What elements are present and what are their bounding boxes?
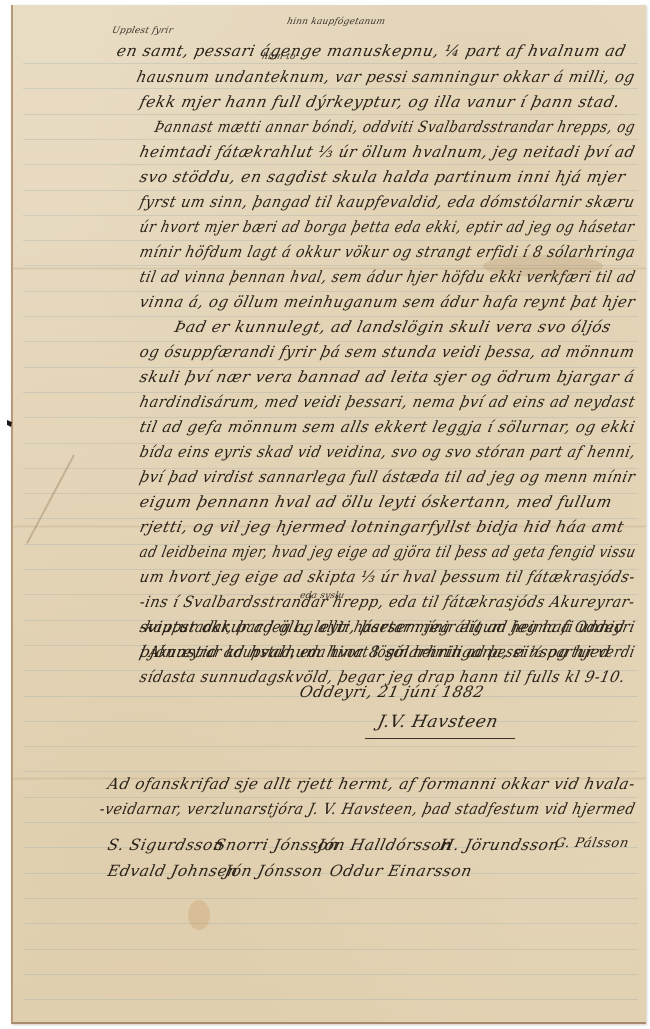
body-line: bída eins eyris skad vid veidina, svo og…	[138, 443, 637, 461]
body-line: Þannast mætti annar bóndi, oddviti Svalb…	[153, 118, 637, 136]
body-line: því þad virdist sannarlega full ástæda t…	[138, 468, 637, 486]
witness-signature: Edvald Johnsen	[106, 862, 240, 880]
ruled-line	[23, 898, 638, 899]
ruled-line	[23, 316, 638, 317]
witness-signature: Jón Jónsson	[223, 862, 325, 880]
body-line: mínir höfdum lagt á okkur vökur og stran…	[138, 243, 637, 261]
body-line: sviptur okkur ad öllu leyti, þarsem jeg …	[138, 618, 627, 636]
body-line: -ins í Svalbardsstrandar hrepp, eda til …	[138, 593, 636, 611]
attestation-line: Ad ofanskrifad sje allt rjett hermt, af …	[106, 775, 637, 793]
witness-signature: G. Pálsson	[553, 836, 630, 851]
ruled-line	[23, 721, 638, 722]
witness-signature: Jón Halldórsson	[316, 836, 454, 854]
body-line: hardindisárum, med veidi þessari, nema þ…	[138, 393, 637, 411]
ruled-line	[23, 291, 638, 292]
ruled-line	[23, 114, 638, 115]
witness-signature: S. Sigurdsson	[106, 836, 226, 854]
body-line: um hvort jeg eige ad skipta ⅓ úr hval þe…	[138, 568, 637, 586]
body-line: eigum þennann hval ad öllu leyti óskerta…	[138, 493, 614, 511]
ruled-line	[23, 974, 638, 975]
interlinear-note: Upplest fyrir	[111, 26, 174, 36]
place-date: Oddeyri, 21 júní 1882	[298, 683, 486, 701]
body-line: Þad er kunnulegt, ad landslögin skuli ve…	[173, 318, 613, 336]
attestation-line: -veidarnar, verzlunarstjóra J. V. Havste…	[98, 800, 637, 818]
body-line: fyrst um sinn, þangad til kaupfevaldid, …	[138, 193, 636, 211]
body-line: þjónustid ad hvalnum hina 8 sólarhringan…	[138, 643, 612, 661]
ruled-line	[23, 797, 638, 798]
signature-underline	[365, 738, 515, 739]
ruled-line	[23, 88, 638, 89]
body-line: til ad vinna þennan hval, sem ádur hjer …	[138, 268, 637, 286]
ruled-line	[23, 822, 638, 823]
ruled-line	[23, 923, 638, 924]
body-line: vinna á, og öllum meinhuganum sem ádur h…	[138, 293, 637, 311]
ruled-line	[23, 999, 638, 1000]
body-line: svo stöddu, en sagdist skula halda parti…	[138, 168, 627, 186]
body-line: en samt, pessari ágenge manuskepnu, ¼ pa…	[115, 42, 628, 60]
ruled-line	[23, 949, 638, 950]
body-line: rjetti, og vil jeg hjermed lotningarfyll…	[138, 518, 626, 536]
witness-signature: Oddur Einarsson	[328, 862, 474, 880]
body-line: fekk mjer hann full dýrkeyptur, og illa …	[138, 93, 622, 111]
paper-stain	[188, 900, 210, 930]
body-line: úr hvort mjer bæri ad borga þetta eda ek…	[138, 218, 636, 236]
ruled-line	[23, 139, 638, 140]
ruled-line	[23, 190, 638, 191]
body-line: skuli því nær vera bannad ad leita sjer …	[138, 368, 636, 386]
ruled-line	[23, 771, 638, 772]
body-line: heimtadi fátækrahlut ⅓ úr öllum hvalnum,…	[138, 143, 637, 161]
body-line: ad leidbeina mjer, hvad jeg eige ad gjör…	[138, 543, 637, 561]
ruled-line	[23, 164, 638, 165]
body-line: og ósuppfærandi fyrir þá sem stunda veid…	[138, 343, 636, 361]
ruled-line	[23, 746, 638, 747]
ruled-line	[23, 240, 638, 241]
body-line: til ad gefa mönnum sem alls ekkert leggj…	[138, 418, 637, 436]
interlinear-note: hinn kaupfógetanum	[286, 17, 386, 27]
witness-signature: H. Jörundsson	[438, 836, 561, 854]
body-line: hausnum undanteknum, var pessi samningur…	[135, 68, 637, 86]
ruled-line	[23, 215, 638, 216]
ruled-line	[23, 63, 638, 64]
signature: J.V. Havsteen	[376, 712, 500, 732]
